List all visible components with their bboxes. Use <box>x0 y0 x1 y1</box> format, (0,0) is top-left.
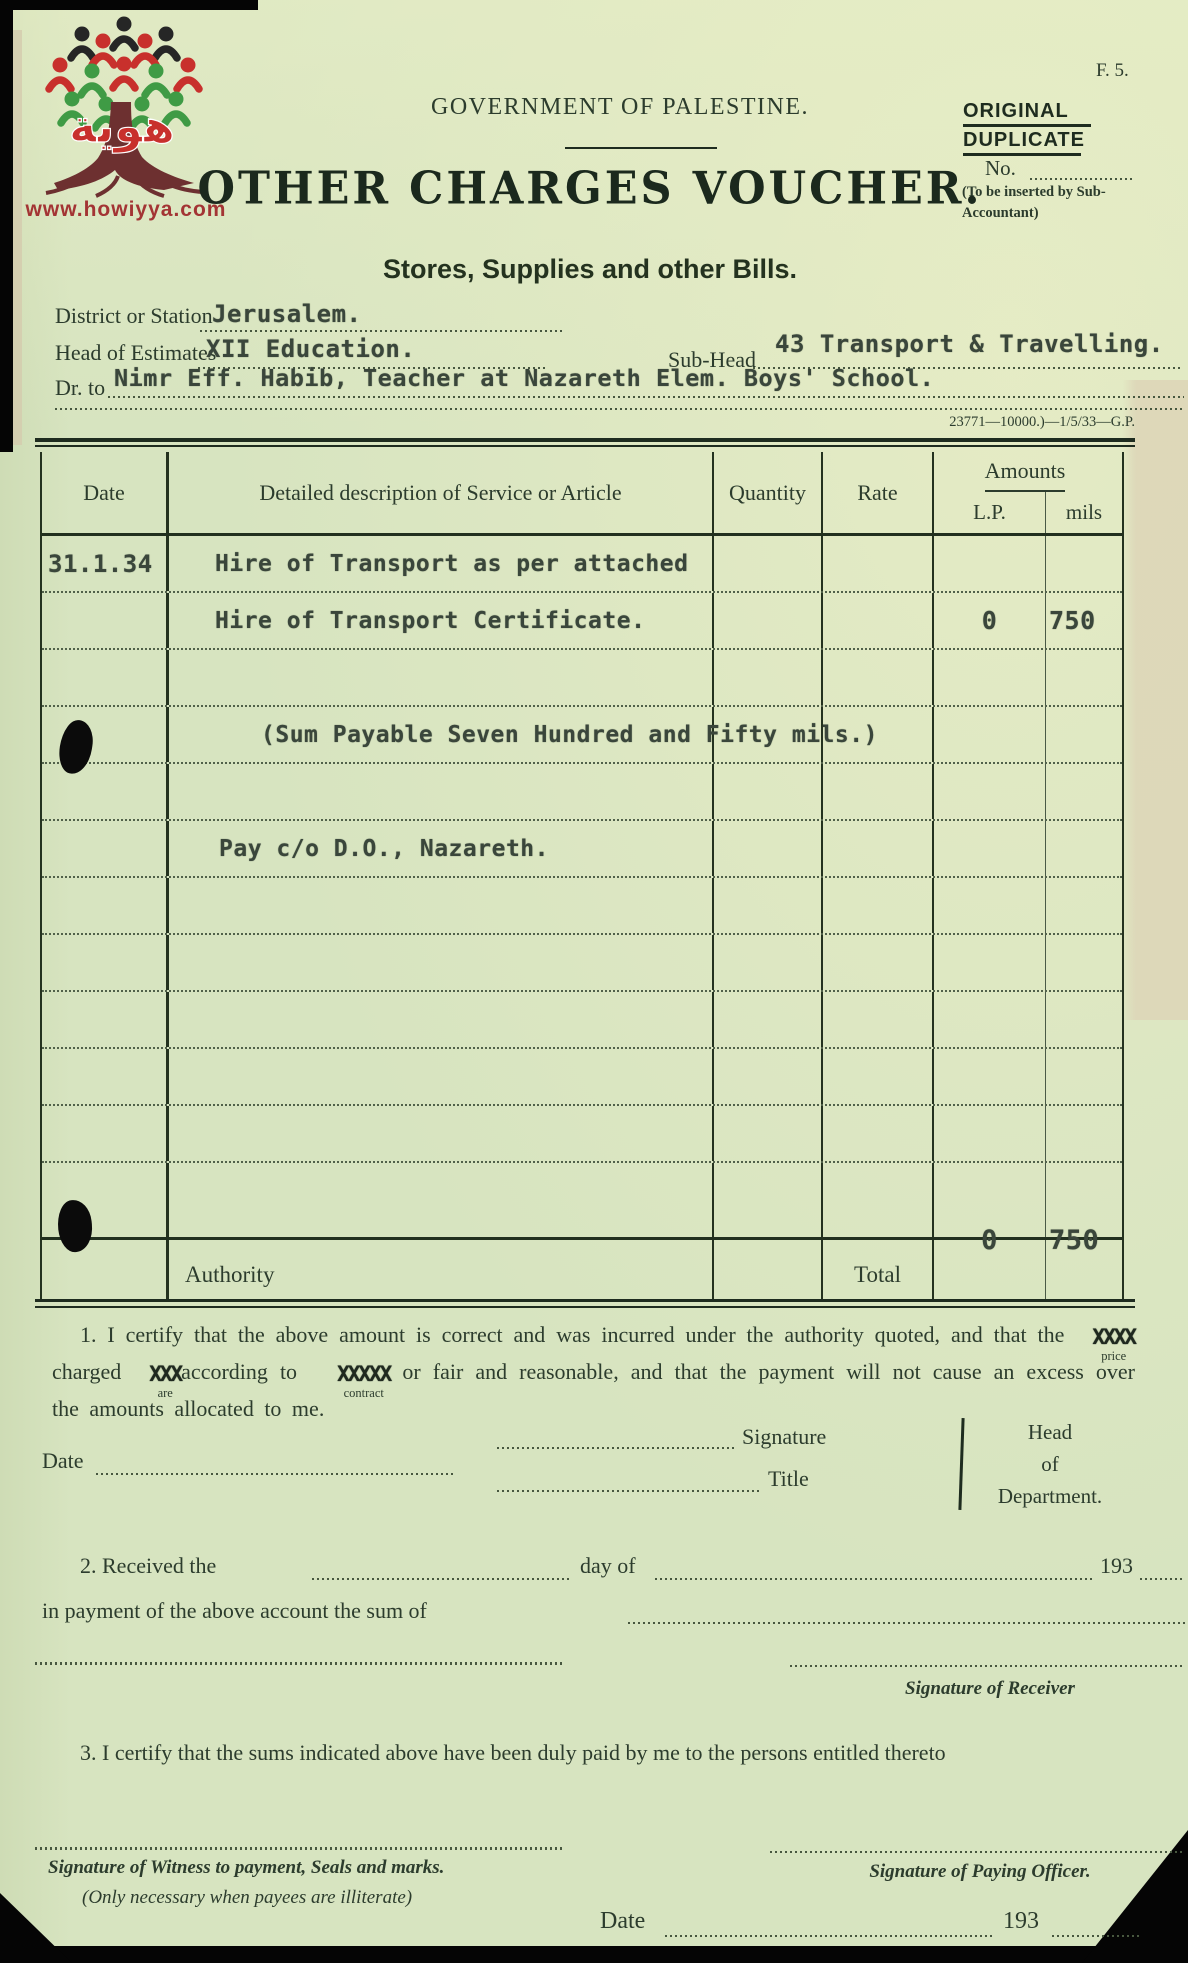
field-drto-line-2 <box>55 408 1184 410</box>
voucher-subtitle: Stores, Supplies and other Bills. <box>30 254 1150 285</box>
footer-year: 193 <box>1003 1908 1039 1935</box>
paying-officer-label: Signature of Paying Officer. <box>810 1861 1150 1883</box>
received-year-line <box>1140 1578 1185 1580</box>
field-subhead-value: 43 Transport & Travelling. <box>775 330 1164 358</box>
table-row <box>42 992 1122 1049</box>
witness-note-2: (Only necessary when payees are illitera… <box>82 1887 412 1909</box>
certify-1-paragraph: 1. I certify that the above amount is co… <box>52 1316 1135 1427</box>
footer-year-line <box>1052 1935 1142 1937</box>
signature-line <box>497 1447 735 1449</box>
page-edge-tint-right <box>1122 380 1188 1020</box>
copy-duplicate-label: DUPLICATE <box>963 129 1085 152</box>
table-top-rule-thin <box>35 445 1135 447</box>
received-lead: 2. Received the <box>80 1553 216 1579</box>
table-row <box>42 764 1122 821</box>
table-row <box>42 1163 1122 1237</box>
certify-3-paragraph: 3. I certify that the sums indicated abo… <box>42 1740 1152 1766</box>
paying-officer-sig-line <box>770 1851 1185 1853</box>
field-district-line <box>200 330 565 332</box>
col-header-amounts: Amounts <box>985 452 1066 492</box>
col-header-lp: L.P. <box>934 492 1046 533</box>
table-row: Hire of Transport Certificate. 0 750 <box>42 593 1122 650</box>
voucher-title: OTHER CHARGES VOUCHER. <box>30 163 1150 216</box>
col-header-amounts-group: Amounts L.P. mils <box>934 452 1122 533</box>
certify-date-label: Date <box>42 1448 84 1474</box>
authority-label: Authority <box>169 1252 274 1288</box>
strikeout-price: XXXXprice <box>1064 1325 1135 1349</box>
copy-duplicate-rule <box>963 153 1081 156</box>
col-header-mils: mils <box>1046 492 1122 533</box>
total-label: Total <box>854 1252 901 1288</box>
strikeout-are: XXXare <box>121 1362 181 1386</box>
table-top-rule-thick <box>35 438 1135 442</box>
table-row <box>42 878 1122 935</box>
table-bottom-rule-thin <box>35 1306 1135 1308</box>
table-row: 31.1.34 Hire of Transport as per attache… <box>42 536 1122 593</box>
charges-table: Date Detailed description of Service or … <box>40 452 1124 1299</box>
receiver-line-right <box>790 1665 1185 1667</box>
table-row: Pay c/o D.O., Nazareth. <box>42 821 1122 878</box>
field-drto-label: Dr. to <box>55 375 105 401</box>
field-district-value: Jerusalem. <box>212 300 362 328</box>
field-estimates-label: Head of Estimates <box>55 340 216 366</box>
field-drto-line <box>108 396 1184 398</box>
title-label: Title <box>768 1466 809 1492</box>
copy-original-label: ORIGINAL <box>963 100 1069 123</box>
print-reference: 23771—10000.)—1/5/33—G.P. <box>860 414 1135 431</box>
received-sum-text: in payment of the above account the sum … <box>42 1598 427 1624</box>
form-code: F. 5. <box>1096 60 1129 82</box>
scan-edge-bottom <box>0 1946 1188 1963</box>
authority-total-row: Authority Total 0 750 <box>42 1237 1122 1299</box>
scan-edge-top <box>0 0 258 10</box>
cell-lp: 0 <box>982 606 998 635</box>
government-title-rule <box>565 147 717 149</box>
cell-description: Pay c/o D.O., Nazareth. <box>169 836 549 862</box>
table-row <box>42 935 1122 992</box>
received-year: 193 <box>1100 1553 1133 1579</box>
cell-description: Hire of Transport as per attached <box>169 551 688 577</box>
col-header-rate: Rate <box>823 452 934 533</box>
certify-1-text: 1. I certify that the above amount is co… <box>80 1322 1064 1347</box>
received-sum-line <box>628 1622 1185 1624</box>
receiver-line-left <box>35 1662 563 1665</box>
col-header-quantity: Quantity <box>714 452 823 533</box>
received-dayof-label: day of <box>580 1553 636 1579</box>
field-estimates-value: XII Education. <box>206 335 415 363</box>
signature-of-receiver-label: Signature of Receiver <box>850 1678 1130 1700</box>
col-header-description: Detailed description of Service or Artic… <box>169 452 714 533</box>
strikeout-contract: XXXXXcontract <box>309 1362 390 1386</box>
cell-mils: 750 <box>1049 606 1096 635</box>
cell-description: Hire of Transport Certificate. <box>169 608 645 634</box>
table-row: (Sum Payable Seven Hundred and Fifty mil… <box>42 707 1122 764</box>
cell-date: 31.1.34 <box>42 550 153 578</box>
table-bottom-rule-thick <box>35 1299 1135 1302</box>
table-row <box>42 1049 1122 1106</box>
col-header-date: Date <box>42 452 169 533</box>
scan-edge-left <box>0 0 13 452</box>
witness-sig-line <box>35 1847 565 1850</box>
field-drto-value: Nimr Eff. Habib, Teacher at Nazareth Ele… <box>114 364 934 392</box>
certify-date-line <box>96 1473 456 1475</box>
table-header-row: Date Detailed description of Service or … <box>42 452 1122 536</box>
table-row <box>42 650 1122 707</box>
head-of-department: Head of Department. <box>965 1416 1135 1512</box>
table-row <box>42 1106 1122 1163</box>
title-line <box>497 1490 761 1492</box>
signature-label: Signature <box>742 1424 826 1450</box>
scanned-voucher-page: هوية www.howiyya.com F. 5. GOVERNMENT OF… <box>0 0 1188 1963</box>
field-district-label: District or Station <box>55 303 213 329</box>
footer-date-label: Date <box>600 1908 645 1935</box>
copy-original-rule <box>963 124 1091 127</box>
received-day-line <box>312 1578 572 1580</box>
received-month-line <box>655 1578 1095 1580</box>
footer-date-line <box>665 1935 995 1937</box>
witness-note-1: Signature of Witness to payment, Seals a… <box>48 1857 444 1879</box>
